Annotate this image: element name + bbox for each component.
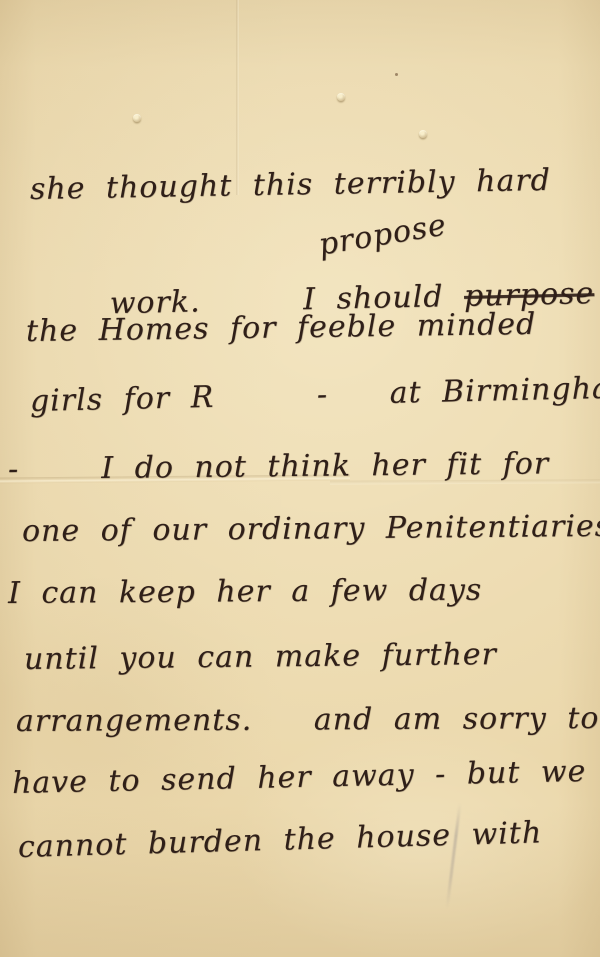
handwriting-line-8: until you can make further	[24, 637, 497, 678]
handwriting-line-10: have to send her away - but we	[12, 754, 587, 802]
handwriting-line-9: arrangements. and am sorry to	[16, 701, 600, 740]
paper-speck	[395, 73, 398, 76]
inserted-word-above-line: propose	[316, 207, 449, 263]
pinhole	[133, 114, 141, 122]
handwriting-line-6: one of our ordinary Penitentiaries.	[22, 509, 600, 550]
letter-page: she thought this terribly hard work. I s…	[0, 0, 600, 957]
pinhole	[419, 130, 427, 138]
handwriting-line-11: cannot burden the house with	[17, 815, 542, 866]
handwriting-line-3: the Homes for feeble minded	[26, 307, 537, 350]
handwriting-line-5: - I do not think her fit for	[8, 446, 550, 488]
vertical-fold-crease	[236, 0, 239, 195]
handwriting-line-7: I can keep her a few days	[8, 573, 482, 612]
pinhole	[337, 93, 345, 101]
handwriting-line-1: she thought this terribly hard	[30, 163, 551, 208]
